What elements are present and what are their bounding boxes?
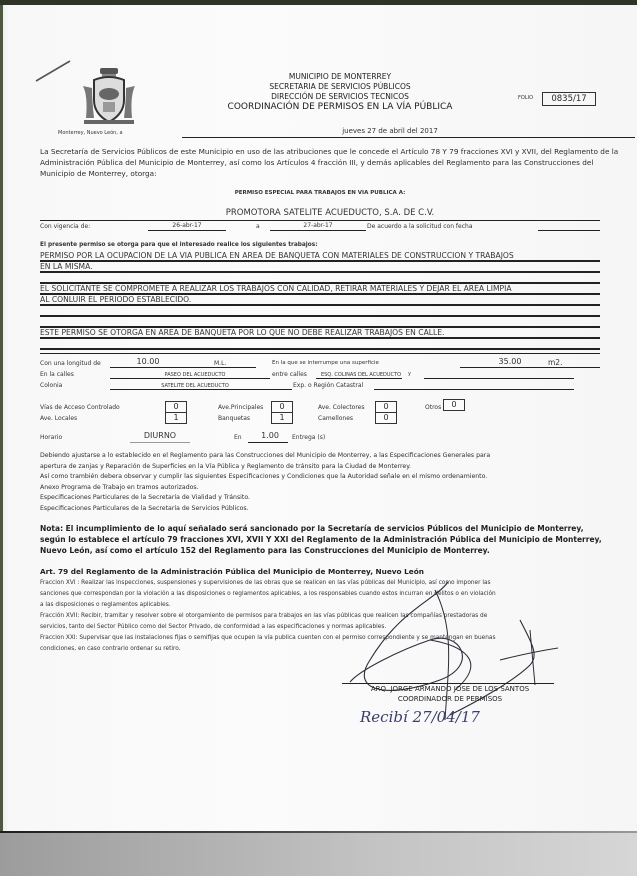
and-underline [424,378,574,379]
folio-number: 0835/17 [542,92,596,106]
ave-locales-box: 1 [165,412,187,424]
validity-label: Con vigencia de: [40,223,90,230]
deliveries-label: Entrega (s) [292,434,325,441]
signatory-name: ARQ. JORGE ARMANDO JOSE DE LOS SANTOS [340,684,560,694]
otros-label: Otros [425,404,441,411]
schedule-value: DIURNO [130,431,190,440]
ave-colectores-label: Ave. Colectores [318,404,365,411]
work-line-rule [40,304,600,306]
issue-date: jueves 27 de abril del 2017 [300,127,480,135]
between-underline [316,378,402,379]
work-line-rule [40,337,600,339]
details-top-rule [40,353,600,354]
validity-separator: a [256,223,260,230]
works-intro: El presente permiso se otorga para que e… [40,242,318,248]
surface-unit: m2. [548,358,562,367]
condition-line: Anexo Programa de Trabajo en tramos auto… [40,482,620,493]
surface-underline [460,367,600,368]
place-label: Monterrey, Nuevo León, a [58,130,123,136]
deliveries-underline [248,442,288,443]
scanner-bed [0,833,637,876]
work-line-rule [40,315,600,317]
grantee-underline [40,220,600,221]
grantee-name: PROMOTORA SATELITE ACUEDUCTO, S.A. DE C.… [200,208,460,218]
ave-principales-label: Ave.Principales [218,404,263,411]
work-line-rule [40,348,600,350]
header-line-2: SECRETARIA DE SERVICIOS PÚBLICOS [200,82,480,92]
document-header: MUNICIPIO DE MONTERREY SECRETARIA DE SER… [200,72,480,112]
otros-box: 0 [443,399,465,411]
deliveries-in-label: En [234,434,242,441]
ave-locales-label: Ave. Locales [40,415,77,422]
date-underline [182,137,635,138]
validity-to-underline [270,230,366,231]
signatory-position: COORDINADOR DE PERMISOS [340,694,560,704]
street-underline [110,378,270,379]
folio-label: FOLIO [518,95,533,101]
banquetas-box: 1 [271,412,293,424]
handwritten-receipt: Recibí 27/04/17 [360,708,480,726]
request-date-label: De acuerdo a la solicitud con fecha [367,223,473,230]
surface-value: 35.00 [480,357,540,366]
schedule-underline [130,442,190,443]
header-line-1: MUNICIPIO DE MONTERREY [200,72,480,82]
condition-line: Así como trambién debera observar y cump… [40,471,620,482]
intro-paragraph: La Secretaría de Servicios Públicos de e… [40,146,620,179]
schedule-label: Horario [40,434,62,441]
condition-line: Debiendo ajustarse a lo establecido en e… [40,450,620,461]
condition-line: Especificaciones Particulares de la Secr… [40,503,620,514]
vias-acceso-label: Vías de Acceso Controlado [40,404,120,411]
request-date-underline [538,230,600,231]
length-unit: M.L. [214,360,226,367]
deliveries-value: 1.00 [250,431,290,440]
length-label: Con una longitud de [40,360,101,367]
header-line-3: DIRECCIÓN DE SERVICIOS TECNICOS [200,92,480,102]
validity-from-underline [148,230,226,231]
between-label: entre calles [272,371,307,378]
condition-line: Especificaciones Particulares de la Secr… [40,492,620,503]
length-underline [110,367,256,368]
validity-from: 26-abr-17 [148,222,226,229]
permit-title: PERMISO ESPECIAL PARA TRABAJOS EN VIA PU… [210,190,430,196]
validity-to: 27-abr-17 [270,222,366,229]
colony-label: Colonia [40,382,62,389]
banquetas-label: Banquetas [218,415,250,422]
condition-line: apertura de zanjas y Reparación de Super… [40,461,620,472]
scan-left-edge [0,5,3,831]
colony-underline [110,389,292,390]
coat-of-arms-icon [80,66,138,128]
pen-mark-icon [34,58,74,84]
street-label: En la calles [40,371,74,378]
and-label: y [408,371,411,377]
camellones-box: 0 [375,412,397,424]
penalty-note: Nota: El incumplimiento de lo aquí señal… [40,523,610,556]
length-value: 10.00 [120,357,176,366]
cadastral-label: Exp. o Región Catastral [293,382,363,389]
surface-label: En la que se interrumpe una superficie [272,360,379,366]
work-line-rule [40,271,600,273]
camellones-label: Camellones [318,415,353,422]
cadastral-underline [374,389,574,390]
header-line-4: COORDINACIÓN DE PERMISOS EN LA VÍA PÚBLI… [200,102,480,112]
